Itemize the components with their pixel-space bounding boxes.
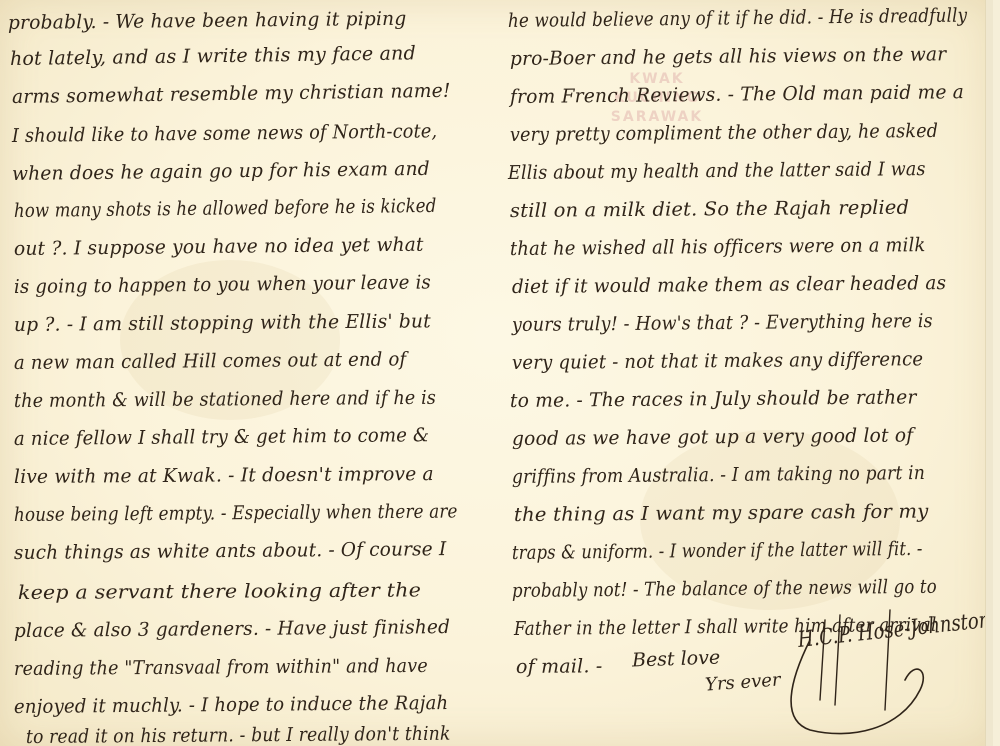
handwritten-line: to me. - The races in July should be rat… bbox=[510, 386, 917, 412]
handwritten-line: enjoyed it muchly. - I hope to induce th… bbox=[14, 692, 449, 718]
handwritten-line: still on a milk diet. So the Rajah repli… bbox=[510, 197, 909, 222]
handwritten-line: diet if it would make them as clear head… bbox=[512, 272, 946, 298]
handwritten-line: yours truly! - How's that ? - Everything… bbox=[512, 310, 933, 336]
handwritten-line: Ellis about my health and the latter sai… bbox=[508, 158, 926, 184]
handwritten-line: I should like to have some news of North… bbox=[12, 120, 437, 147]
handwritten-line: up ?. - I am still stopping with the Ell… bbox=[14, 310, 431, 336]
handwritten-line: that he wished all his officers were on … bbox=[510, 234, 926, 260]
handwritten-line: of mail. - bbox=[516, 655, 603, 678]
handwritten-line: griffins from Australia. - I am taking n… bbox=[512, 462, 925, 488]
handwritten-line: good as we have got up a very good lot o… bbox=[512, 424, 913, 450]
handwritten-line: probably not! - The balance of the news … bbox=[512, 576, 937, 602]
handwritten-line: place & also 3 gardeners. - Have just fi… bbox=[14, 616, 450, 642]
handwritten-line: from French Reviews. - The Old man paid … bbox=[510, 81, 964, 108]
handwritten-line: keep a servant there looking after the bbox=[18, 579, 421, 604]
handwritten-line: how many shots is he allowed before he i… bbox=[14, 195, 437, 222]
handwritten-line: is going to happen to you when your leav… bbox=[14, 271, 431, 298]
handwritten-line: probably. - We have been having it pipin… bbox=[8, 8, 407, 34]
handwritten-line: to read it on his return. - but I really… bbox=[26, 723, 451, 746]
handwritten-line: the month & will be stationed here and i… bbox=[14, 387, 436, 412]
letter-sheet: KWAK KUCHING SARAWAK probably. - We have… bbox=[0, 0, 993, 746]
handwritten-line: pro-Boer and he gets all his views on th… bbox=[510, 43, 947, 70]
handwritten-line: such things as white ants about. - Of co… bbox=[14, 538, 447, 564]
handwritten-line: arms somewhat resemble my christian name… bbox=[12, 80, 451, 108]
closing-best-love: Best love bbox=[632, 646, 721, 671]
signature-flourish-icon bbox=[780, 600, 940, 740]
handwritten-line: live with me at Kwak. - It doesn't impro… bbox=[14, 463, 434, 488]
handwritten-line: hot lately, and as I write this my face … bbox=[10, 42, 416, 70]
handwritten-line: he would believe any of it if he did. - … bbox=[508, 5, 967, 32]
handwritten-line: house being left empty. - Especially whe… bbox=[14, 500, 458, 526]
handwritten-line: when does he again go up for his exam an… bbox=[12, 158, 430, 185]
handwritten-line: very pretty compliment the other day, he… bbox=[510, 120, 938, 146]
page-edge bbox=[985, 0, 993, 746]
handwritten-line: out ?. I suppose you have no idea yet wh… bbox=[14, 234, 424, 260]
valediction: Yrs ever bbox=[704, 669, 781, 695]
handwritten-line: traps & uniform. - I wonder if the latte… bbox=[512, 538, 923, 564]
handwritten-line: reading the "Transvaal from within" and … bbox=[14, 655, 428, 680]
handwritten-line: very quiet - not that it makes any diffe… bbox=[512, 348, 923, 374]
handwritten-line: a nice fellow I shall try & get him to c… bbox=[14, 424, 429, 450]
left-page: probably. - We have been having it pipin… bbox=[0, 0, 490, 746]
handwritten-line: a new man called Hill comes out at end o… bbox=[14, 348, 407, 374]
handwritten-line: the thing as I want my spare cash for my bbox=[514, 500, 929, 526]
